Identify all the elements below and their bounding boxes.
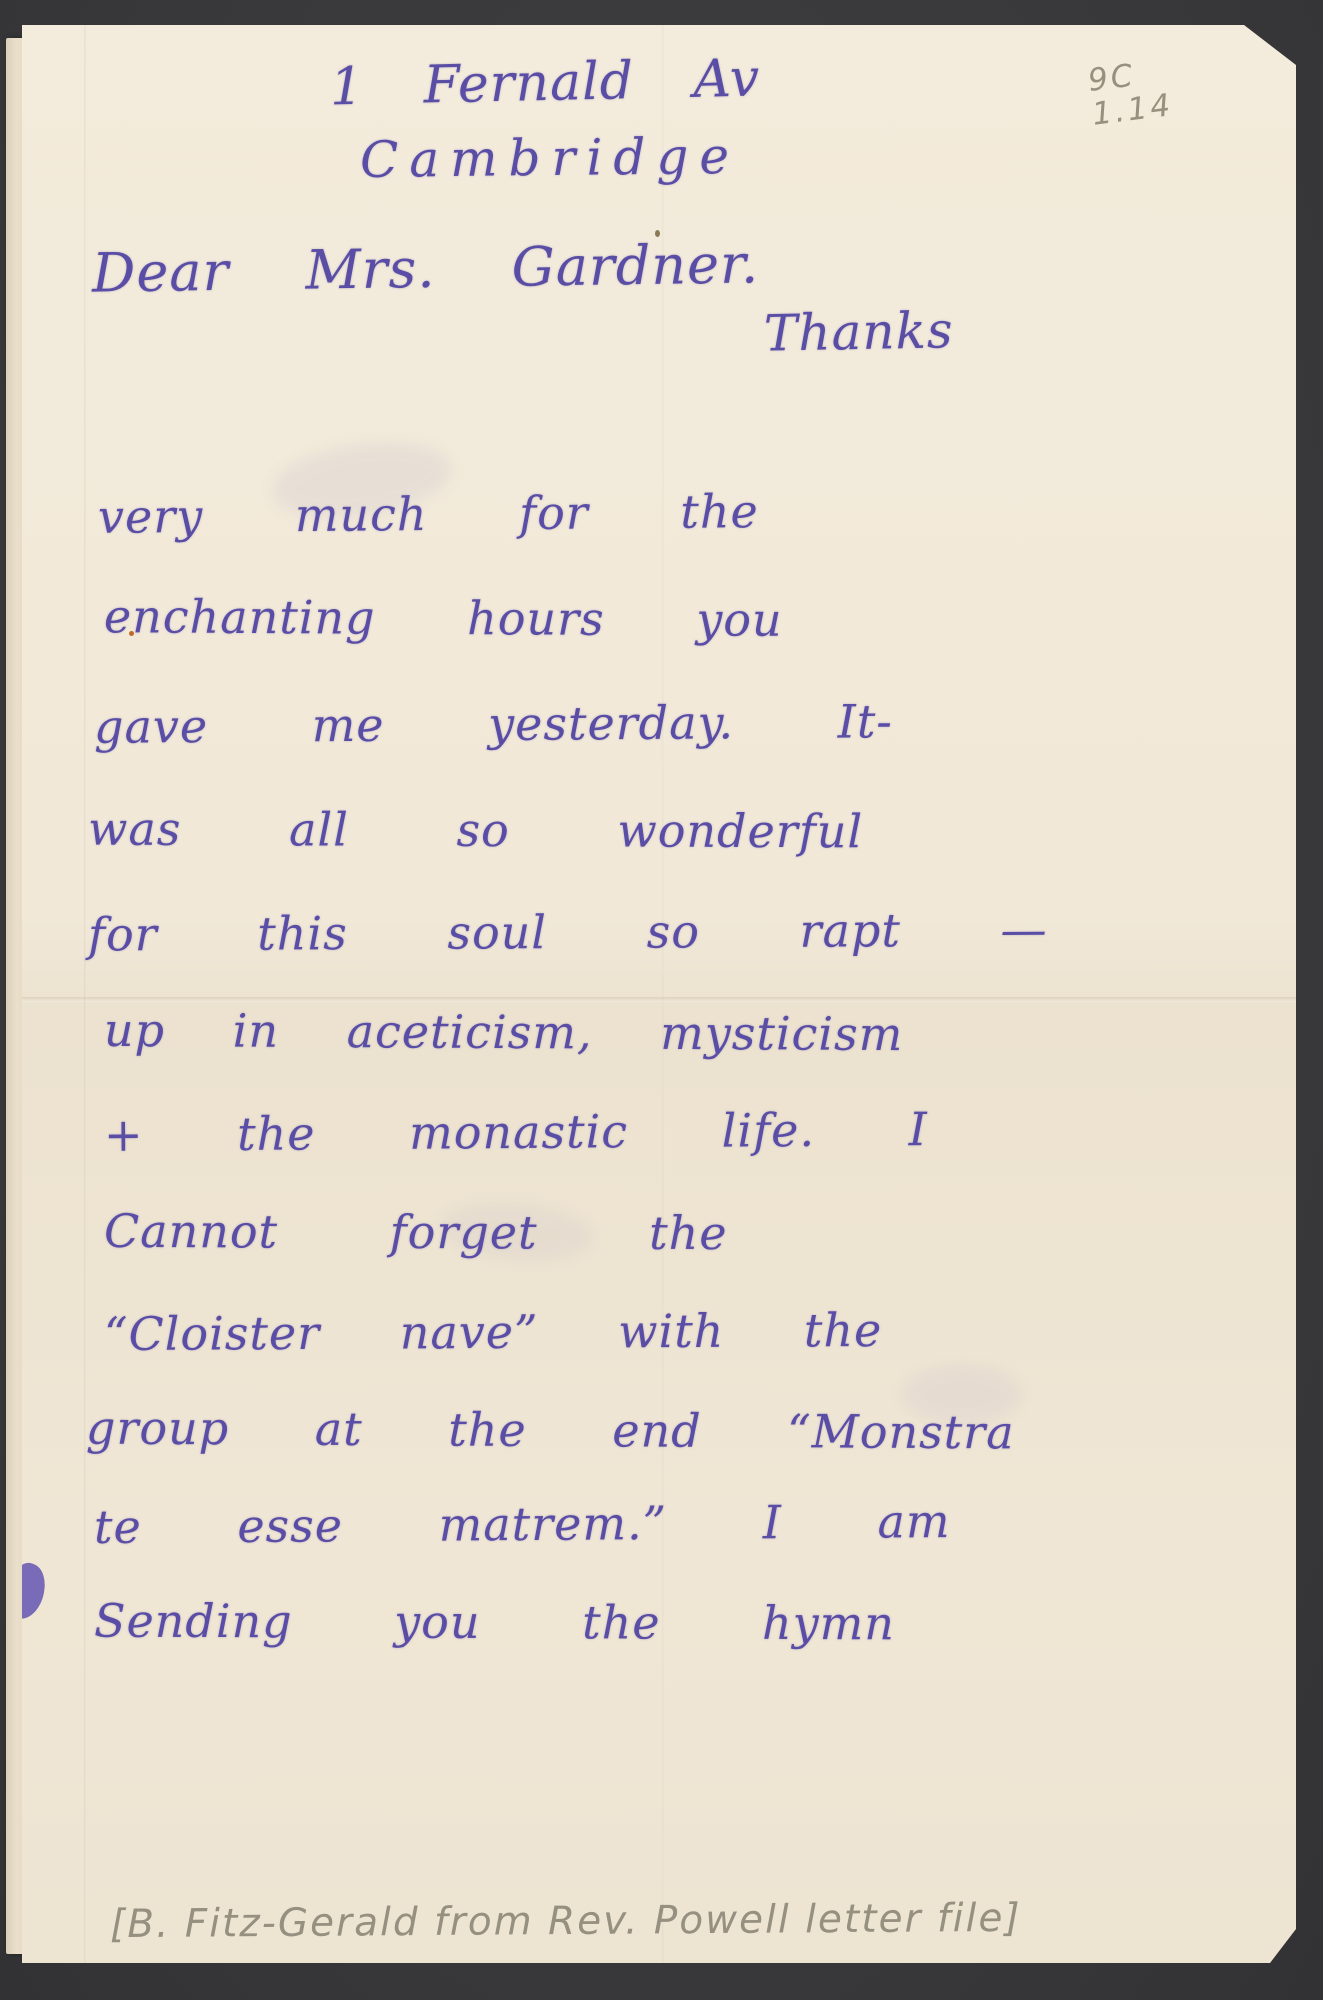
body-line: “Cloister nave” with the: [104, 1303, 883, 1361]
letter-page: 9C 1.14 1 Fernald Av Cambridge Dear Mrs.…: [22, 25, 1296, 1963]
body-line: was all so wonderful: [88, 802, 863, 859]
vertical-fold-crease: [84, 25, 87, 1963]
body-line: very much for the: [98, 484, 759, 544]
body-line: Sending you the hymn: [94, 1594, 895, 1651]
body-line: up in aceticism, mysticism: [104, 1003, 904, 1061]
body-line: te esse matrem.” I am: [94, 1494, 951, 1554]
body-line: enchanting hours you: [104, 589, 783, 647]
horizontal-fold-crease: [22, 997, 1296, 1002]
body-line: for this soul so rapt —: [88, 902, 1048, 961]
ink-smudge-left-edge: [22, 1559, 52, 1623]
scan-background: 9C 1.14 1 Fernald Av Cambridge Dear Mrs.…: [0, 0, 1323, 2000]
body-line: gave me yesterday. It-: [94, 694, 893, 754]
body-line: Cannot forget the: [104, 1204, 728, 1260]
body-line: + the monastic life. I: [104, 1102, 928, 1162]
address-line-2: Cambridge: [360, 127, 741, 189]
address-line-1: 1 Fernald Av: [329, 49, 760, 118]
salutation-line: Dear Mrs. Gardner.: [92, 232, 760, 304]
archival-number-line2: 1.14: [1090, 88, 1175, 132]
body-line: group at the end “Monstra: [86, 1401, 1015, 1460]
vertical-fold-crease: [662, 25, 665, 1963]
opening-word: Thanks: [764, 301, 955, 362]
archival-number-note: 9C 1.14: [1086, 54, 1175, 131]
archivist-pencil-note: [B. Fitz-Gerald from Rev. Powell letter …: [110, 1896, 1022, 1947]
